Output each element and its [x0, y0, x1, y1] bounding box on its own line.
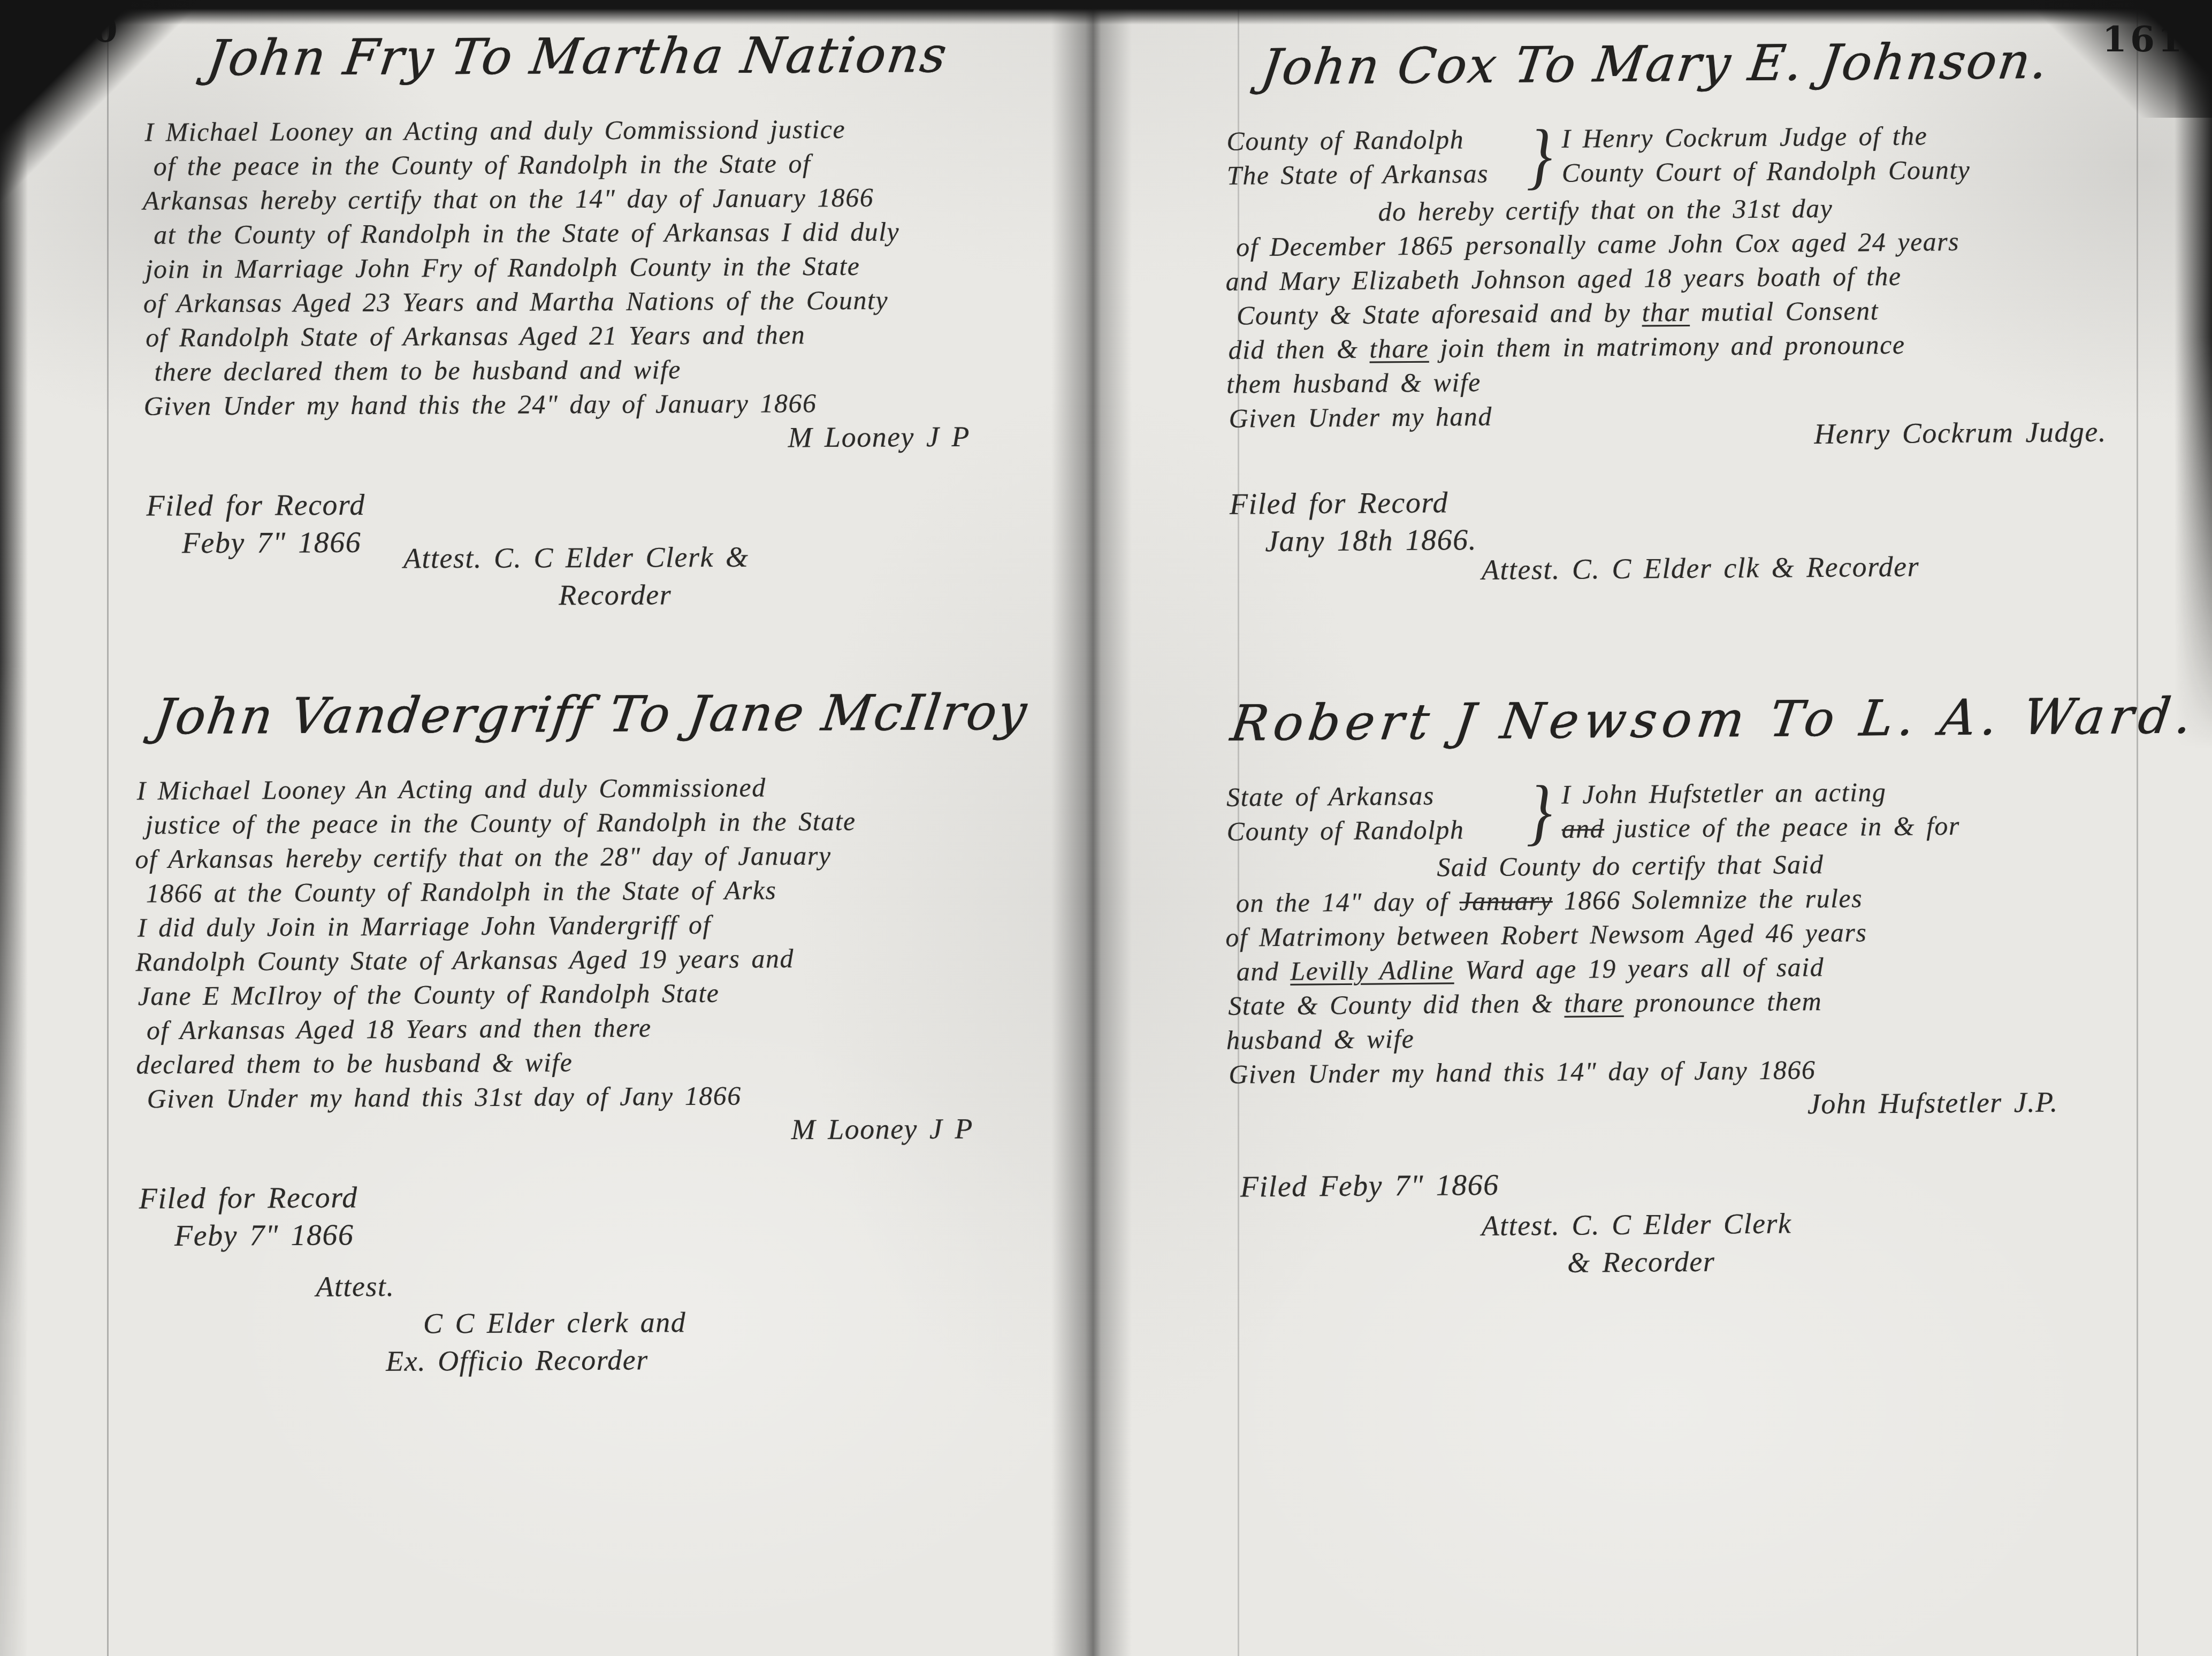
text-line: I Michael Looney An Acting and duly Comm…: [136, 769, 1035, 808]
text-line: Filed for Record: [139, 1176, 1038, 1218]
text-line: I did duly Join in Marriage John Vanderg…: [138, 906, 1036, 945]
text-line: Attest. C. C Elder Clerk: [1481, 1202, 2140, 1245]
text-line: I Michael Looney an Acting and duly Comm…: [144, 111, 1033, 149]
text-line: Filed for Record: [1230, 478, 2139, 523]
text-line: of Randolph State of Arkansas Aged 21 Ye…: [146, 316, 1034, 354]
record-title: John Vandergriff To Jane McIlroy: [151, 684, 1039, 746]
attestation: Attest. C. C Elder Clerk& Recorder: [1481, 1202, 2140, 1282]
text-line: declared them to be husband & wife: [136, 1043, 1037, 1082]
brace-glyph: }: [1526, 116, 1552, 195]
record-body: do hereby certify that on the 31st dayof…: [1227, 188, 2138, 435]
text-line: Given Under my hand this 31st day of Jan…: [147, 1077, 1037, 1116]
text-line: County Court of Randolph County: [1562, 151, 2137, 189]
text-line: of Arkansas hereby certify that on the 2…: [135, 837, 1036, 876]
officiant-signature: M Looney J P: [146, 419, 1034, 457]
text-line: County of Randolph: [1226, 121, 1526, 158]
text-line: Filed for Record: [146, 483, 1034, 524]
text-line: I John Hufstetler an acting: [1561, 773, 2136, 811]
text-line: Attest. C. C Elder Clerk &: [403, 537, 1035, 577]
attestation: Attest.C C Elder clerk andEx. Officio Re…: [316, 1264, 1039, 1380]
officiant-intro: I Henry Cockrum Judge of theCounty Court…: [1561, 117, 2137, 189]
attestation: Attest. C. C Elder Clerk &Recorder: [403, 537, 1035, 614]
text-line: of Arkansas Aged 18 Years and then there: [147, 1009, 1037, 1048]
filing-note: Filed Feby 7" 1866: [1240, 1161, 2139, 1205]
text-line: State of Arkansas: [1226, 777, 1526, 814]
record-body: I Michael Looney an Acting and duly Comm…: [144, 111, 1034, 423]
text-line: County of Randolph: [1226, 812, 1526, 848]
text-line: Recorder: [559, 574, 1035, 614]
left-page: 160 John Fry To Martha Nations I Michael…: [0, 0, 1106, 1656]
scan-corner-top-right: [1987, 0, 2212, 118]
text-line: Arkansas hereby certify that on the 14" …: [143, 179, 1033, 217]
record-book-scan: 160 John Fry To Martha Nations I Michael…: [0, 0, 2212, 1656]
officiant-intro: I John Hufstetler an actingand justice o…: [1561, 773, 2137, 845]
record-body: I Michael Looney An Acting and duly Comm…: [136, 769, 1037, 1116]
text-line: & Recorder: [1567, 1239, 2140, 1281]
text-line: Attest.: [316, 1264, 1038, 1306]
record-title: John Fry To Martha Nations: [204, 26, 1037, 87]
text-line: Jane E McIlroy of the County of Randolph…: [138, 974, 1036, 1013]
text-line: Given Under my hand this the 24" day of …: [144, 385, 1034, 423]
marriage-record-fry-nations: John Fry To Martha Nations I Michael Loo…: [144, 26, 1035, 615]
text-line: Filed Feby 7" 1866: [1240, 1161, 2139, 1205]
text-line: Randolph County State of Arkansas Aged 1…: [135, 940, 1036, 979]
marriage-record-newsom-ward: Robert J Newsom To L. A. Ward. State of …: [1226, 688, 2140, 1284]
officiant-signature: John Hufstetler J.P.: [1229, 1084, 2139, 1125]
jurisdiction-labels: County of RandolphThe State of Arkansas: [1226, 121, 1527, 192]
right-page: 161 John Cox To Mary E. Johnson. County …: [1106, 0, 2212, 1656]
text-line: there declared them to be husband and wi…: [154, 350, 1034, 388]
text-line: of the peace in the County of Randolph i…: [154, 145, 1033, 183]
marriage-record-vandergriff-mcilroy: John Vandergriff To Jane McIlroy I Micha…: [136, 684, 1039, 1382]
text-line: at the County of Randolph in the State o…: [154, 213, 1033, 251]
text-line: Attest. C. C Elder clk & Recorder: [1482, 546, 2140, 589]
filing-note: Filed for RecordFeby 7" 1866: [139, 1176, 1038, 1255]
text-line: 1866 at the County of Randolph in the St…: [146, 872, 1036, 911]
jurisdiction-header: State of ArkansasCounty of Randolph } I …: [1226, 773, 2137, 848]
text-line: I Henry Cockrum Judge of the: [1561, 117, 2136, 155]
text-line: C C Elder clerk and: [423, 1302, 1039, 1342]
text-line: The State of Arkansas: [1227, 156, 1527, 192]
scan-edge-left: [0, 0, 28, 1656]
jurisdiction-header: County of RandolphThe State of Arkansas …: [1226, 117, 2137, 192]
text-line: of Arkansas Aged 23 Years and Martha Nat…: [143, 282, 1034, 320]
attestation: Attest. C. C Elder clk & Recorder: [1482, 546, 2140, 589]
scan-corner-top-left: [0, 0, 230, 214]
brace-glyph: }: [1526, 772, 1552, 851]
record-title: Robert J Newsom To L. A. Ward.: [1227, 688, 2139, 752]
text-line: join in Marriage John Fry of Randolph Co…: [145, 248, 1033, 286]
record-body: Said County do certify that Saidon the 1…: [1227, 844, 2138, 1091]
scan-edge-top: [0, 0, 2212, 25]
text-line: justice of the peace in the County of Ra…: [146, 803, 1036, 842]
jurisdiction-labels: State of ArkansasCounty of Randolph: [1226, 777, 1527, 848]
text-line: Feby 7" 1866: [174, 1213, 1038, 1255]
text-line: Ex. Officio Recorder: [386, 1339, 1039, 1380]
text-line: and justice of the peace in & for: [1561, 807, 2136, 845]
officiant-signature: M Looney J P: [139, 1111, 1038, 1150]
text-line: do hereby certify that on the 31st day: [1378, 188, 2137, 228]
